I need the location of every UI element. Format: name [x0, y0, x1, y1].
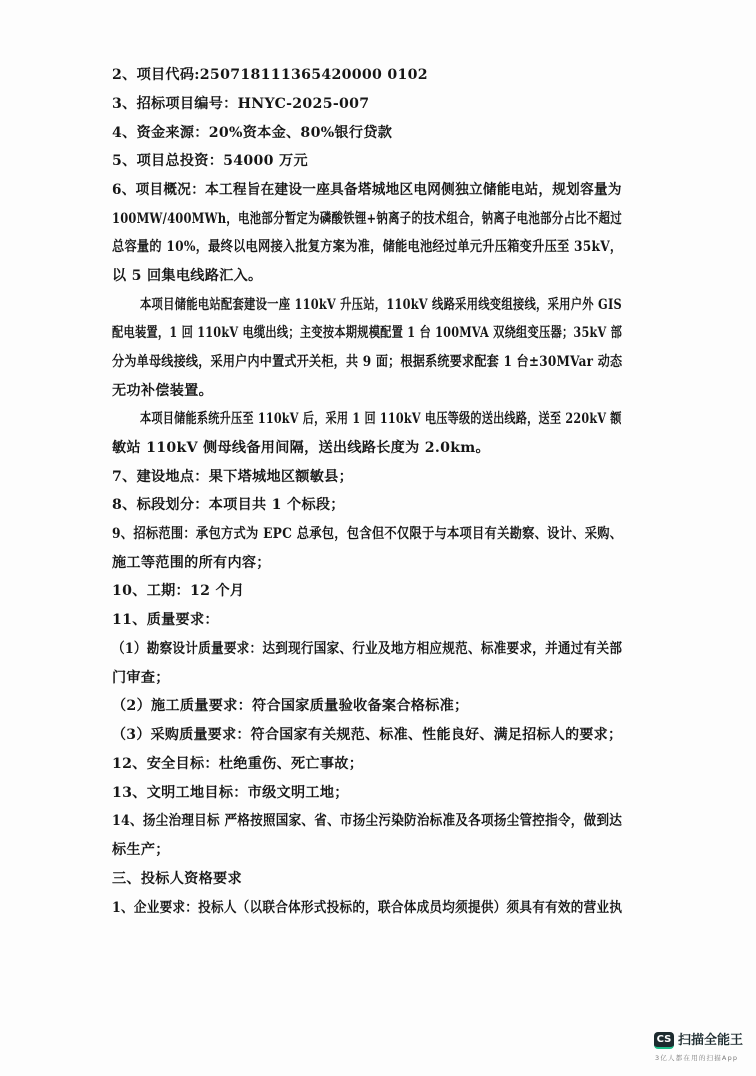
- document-line: 4、资金来源：20%资本金、80%银行贷款: [112, 123, 622, 143]
- scanned-document-page: 2、项目代码:250718111365420000 01023、招标项目编号：H…: [0, 0, 756, 1076]
- document-line: 14、扬尘治理目标 严格按照国家、省、市扬尘污染防治标准及各项扬尘管控指令，做到…: [112, 811, 565, 831]
- watermark-tagline: 3亿人都在用的扫描App: [655, 1053, 738, 1062]
- document-line: 1、企业要求：投标人（以联合体形式投标的，联合体成员均须提供）须具有有效的营业执: [112, 898, 566, 918]
- document-line: 三、投标人资格要求: [112, 869, 622, 889]
- document-line: 总容量的 10%，最终以电网接入批复方案为准，储能电池经过单元升压箱变升压至 3…: [112, 237, 552, 257]
- document-line: 11、质量要求：: [112, 610, 622, 630]
- document-line: 分为单母线接线，采用户内中置式开关柜，共 9 面；根据系统要求配套 1 台±30…: [112, 352, 547, 372]
- document-line: 以 5 回集电线路汇入。: [112, 266, 622, 286]
- document-line: 3、招标项目编号：HNYC-2025-007: [112, 94, 622, 114]
- document-line: 100MW/400MWh，电池部分暂定为磷酸铁锂+钠离子的技术组合，钠离子电池部…: [112, 209, 525, 229]
- camscanner-logo-icon: CS: [654, 1032, 674, 1049]
- document-line: （3）采购质量要求：符合国家有关规范、标准、性能良好、满足招标人的要求；: [112, 725, 617, 745]
- document-line: 本项目储能电站配套建设一座 110kV 升压站，110kV 线路采用线变组接线，…: [140, 295, 549, 315]
- document-line: 13、文明工地目标：市级文明工地；: [112, 783, 622, 803]
- document-line: （1）勘察设计质量要求：达到现行国家、行业及地方相应规范、标准要求，并通过有关部: [112, 639, 566, 659]
- document-line: 配电装置，1 回 110kV 电缆出线；主变按本期规模配置 1 台 100MVA…: [112, 323, 517, 343]
- document-line: 12、安全目标：杜绝重伤、死亡事故；: [112, 754, 622, 774]
- document-line: （2）施工质量要求：符合国家质量验收备案合格标准；: [112, 696, 622, 716]
- document-line: 2、项目代码:250718111365420000 0102: [112, 65, 622, 85]
- document-line: 9、招标范围：承包方式为 EPC 总承包，包含但不仅限于与本项目有关勘察、设计、…: [112, 524, 555, 544]
- document-line: 施工等范围的所有内容；: [112, 553, 622, 573]
- document-line: 6、项目概况：本工程旨在建设一座具备塔城地区电网侧独立储能电站，规划容量为: [112, 180, 603, 200]
- document-line: 10、工期：12 个月: [112, 581, 622, 601]
- document-line: 5、项目总投资：54000 万元: [112, 151, 622, 171]
- document-line: 门审查；: [112, 668, 622, 688]
- document-line: 8、标段划分：本项目共 1 个标段；: [112, 495, 622, 515]
- document-line: 本项目储能系统升压至 110kV 后，采用 1 回 110kV 电压等级的送出线…: [140, 409, 542, 429]
- camscanner-watermark: CS 扫描全能王 3亿人都在用的扫描App: [651, 1031, 751, 1071]
- document-line: 敏站 110kV 侧母线备用间隔，送出线路长度为 2.0km。: [112, 438, 622, 458]
- watermark-app-name: 扫描全能王: [678, 1031, 743, 1050]
- document-line: 7、建设地点：果下塔城地区额敏县；: [112, 467, 622, 487]
- document-line: 标生产；: [112, 840, 622, 860]
- document-line: 无功补偿装置。: [112, 381, 622, 401]
